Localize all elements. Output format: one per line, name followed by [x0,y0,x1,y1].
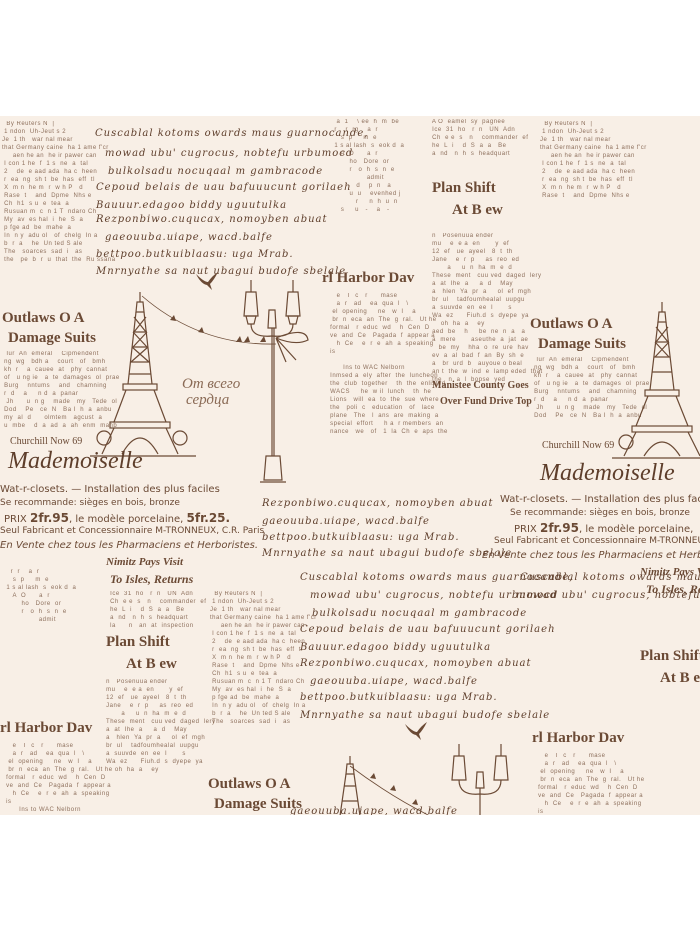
headline-harbor-day: rl Harbor Dav [322,270,414,287]
handwriting-line: gaeouuba.uiape, wacd.balfe [105,232,273,243]
headline-plan-shift: Plan Shift [640,648,700,665]
russian-line-1: От всего [182,376,240,392]
headline-to-isles: To Isles, Returns [110,572,193,587]
headline-harbor-day: rl Harbor Dav [532,730,624,747]
news-column: r r a r s p m e 1 s al lash s eok d a A … [2,568,76,624]
news-column: By Reuters N | 1 ndon Uh-Jeut s 2 Je 1 t… [540,120,647,200]
handwriting-line: bulkolsadu nocuqaal m gambracode [312,608,527,619]
vintage-ad-line: Wat-r-closets. — Installation des plus f… [500,494,700,505]
headline-churchill: Churchill Now 69 [542,440,614,451]
ad-price-2: 5fr.25. [187,511,231,525]
handwriting-line: mowad ubu' cugrocus, nobtefu urbumocd [105,148,353,159]
ad-middle: , le modèle porcelaine, [579,524,693,535]
vintage-ad-line: PRIX 2fr.95, le modèle porcelaine, [514,521,693,535]
swallow-bird-icon [196,272,218,290]
street-lamp-illustration [446,742,526,815]
handwriting-line: gaeouuba.uiape, wacd.balfe [262,516,430,527]
ad-middle: , le modèle porcelaine, [69,514,186,525]
vintage-ad-line: Se recommande: sièges en bois, bronze [510,508,690,518]
vintage-ad-line: En Vente chez tous les Pharmaciens et He… [482,550,700,561]
script-mademoiselle: Mademoiselle [540,460,675,487]
headline-damage-suits: Damage Suits [8,330,96,347]
handwriting-line: Mnrnyathe sa naut ubagui budofe sbelale [262,548,512,559]
ad-prix: PRIX [4,514,27,525]
vintage-ad-line: Seul Fabricant et Concessionnaire M-TRON… [0,526,264,536]
headline-harbor-day: rl Harbor Dav [0,720,92,737]
headline-churchill: Churchill Now 69 [10,436,82,447]
headline-plan-shift: Plan Shift [106,634,170,651]
vintage-ad-line: En Vente chez tous les Pharmaciens et He… [0,540,258,551]
headline-damage-suits: Damage Suits [214,796,302,813]
headline-at-bew: At B ew [660,670,700,687]
headline-at-bew: At B ew [126,656,177,673]
vintage-ad-line: PRIX 2fr.95, le modèle porcelaine, 5fr.2… [4,511,230,525]
handwriting-line: Rezponbiwo.cuqucax, nomoyben abuat [96,214,328,225]
headline-outlaws: Outlaws O A [208,776,291,793]
fabric-print: By Reuters N | 1 ndon Uh-Jeut s 2 Je 1 t… [0,116,700,815]
handwriting-line: bulkolsadu nocuqaal m gambracode [108,166,323,177]
vintage-ad-line: Se recommande: sièges en bois, bronze [0,498,180,508]
headline-manistee: Manistee County Goes [432,380,529,391]
handwriting-line: gaeouuba.uiape, wacd.balfe [310,676,478,687]
handwriting-line: bettpoo.butkuiblaasu: uga Mrab. [300,692,498,703]
headline-outlaws: Outlaws O A [530,316,613,333]
headline-at-bew: At B ew [452,202,503,219]
news-column: n Posenuua ender mu e e a en y ef 12 ef … [430,232,543,384]
ad-price-1: 2fr.95 [540,521,579,535]
news-column: e T c r mase a r ad ea qua l \ el openin… [4,742,114,815]
news-column: a 1 \ ee h m be r r rg a r s p m e 1 s a… [330,118,404,214]
russian-script-text: От всего сердца [182,376,240,408]
handwriting-line: bettpoo.butkuiblaasu: uga Mrab. [96,249,294,260]
handwriting-line: Bauuur.edagoo biddy uguutulka [96,200,287,211]
handwriting-line: gaeouuba.uiape, wacd.balfe [290,806,458,815]
vintage-ad-line: Wat-r-closets. — Installation des plus f… [0,484,220,495]
handwriting-line: Cuscablal kotoms owards maus guarnocande… [520,572,700,583]
script-mademoiselle: Mademoiselle [8,448,143,475]
handwriting-line: Rezponbiwo.cuqucax, nomoyben abuat [262,498,494,509]
handwriting-line: Bauuur.edagoo biddy uguutulka [300,642,491,653]
headline-over-fund: Over Fund Drive Top [440,396,532,407]
handwriting-line: Cepoud belais de uau bafuuucunt gorilaeh [300,624,556,635]
ad-prix: PRIX [514,524,537,535]
handwriting-line: Mnrnyathe sa naut ubagui budofe sbelale [300,710,550,721]
handwriting-line: Cepoud belais de uau bafuuucunt gorilaeh [96,182,352,193]
headline-outlaws: Outlaws O A [2,310,85,327]
swallow-bird-icon [405,722,427,740]
street-lamp-illustration [236,276,326,496]
news-column: A O eamel sy pagnee Ice 31 ho r n UN Adn… [430,118,528,158]
news-column: e T c r mase a r ad ea qua l \ el openin… [536,752,645,815]
headline-plan-shift: Plan Shift [432,180,496,197]
eiffel-tower-illustration [612,302,700,462]
handwriting-line: Cuscablal kotoms owards maus guarnocande… [95,128,368,139]
news-column: By Reuters N | 1 ndon Uh-Jeut s 2 Je 1 t… [210,590,317,726]
handwriting-line: mowad ubu' cugrocus, nobtefu urbumocd [516,590,700,601]
handwriting-line: bettpoo.butkuiblaasu: uga Mrab. [262,532,460,543]
handwriting-line: Rezponbiwo.cuqucax, nomoyben abuat [300,658,532,669]
headline-nimitz: Nimitz Pays Visit [106,556,183,568]
news-column: n Posenuua ender mu e e a en y ef 12 ef … [104,678,215,774]
ad-price-1: 2fr.95 [30,511,69,525]
vintage-ad-line: Seul Fabricant et Concessionnaire M-TRON… [494,536,700,546]
russian-line-2: сердца [186,392,240,408]
news-column: Ice 31 ho r n UN Adn Ch e e s n commande… [108,590,206,630]
